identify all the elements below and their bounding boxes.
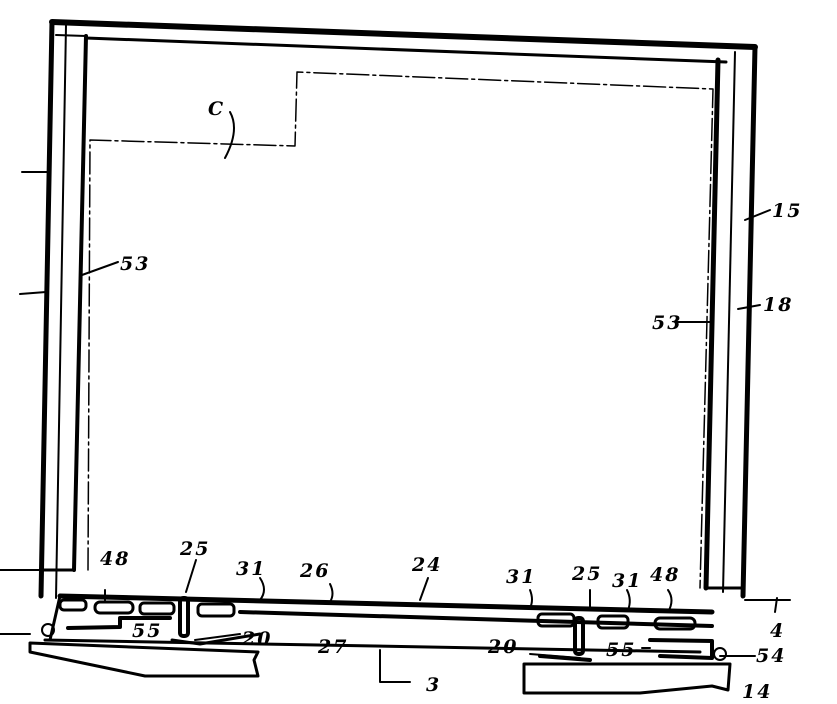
label-15: 15 [772,202,802,221]
label-55-right: 55 [606,641,636,660]
label-54: 54 [756,647,786,666]
label-31-right: 31 [612,572,642,591]
cargo-outline-c [88,72,713,588]
label-26: 26 [300,562,330,581]
patent-figure [0,0,837,704]
label-27: 27 [318,638,348,657]
inner-wall [42,25,742,598]
outer-wall [41,22,755,596]
label-25-left: 25 [180,540,210,559]
label-53-left: 53 [120,255,150,274]
label-14: 14 [742,683,772,702]
support-beam-left [30,643,258,676]
label-20-left: 20 [242,630,272,649]
label-53-right: 53 [652,314,682,333]
label-31-mid: 31 [506,568,536,587]
label-48-right: 48 [650,566,680,585]
label-24: 24 [412,556,442,575]
label-c: C [208,100,225,119]
label-3: 3 [426,676,441,695]
support-beam-right [524,664,730,693]
label-20-right: 20 [488,638,518,657]
label-55-left: 55 [132,622,162,641]
label-31-left: 31 [236,560,266,579]
label-48-left: 48 [100,550,130,569]
label-25-right: 25 [572,565,602,584]
label-4: 4 [770,622,785,641]
label-18: 18 [763,296,793,315]
